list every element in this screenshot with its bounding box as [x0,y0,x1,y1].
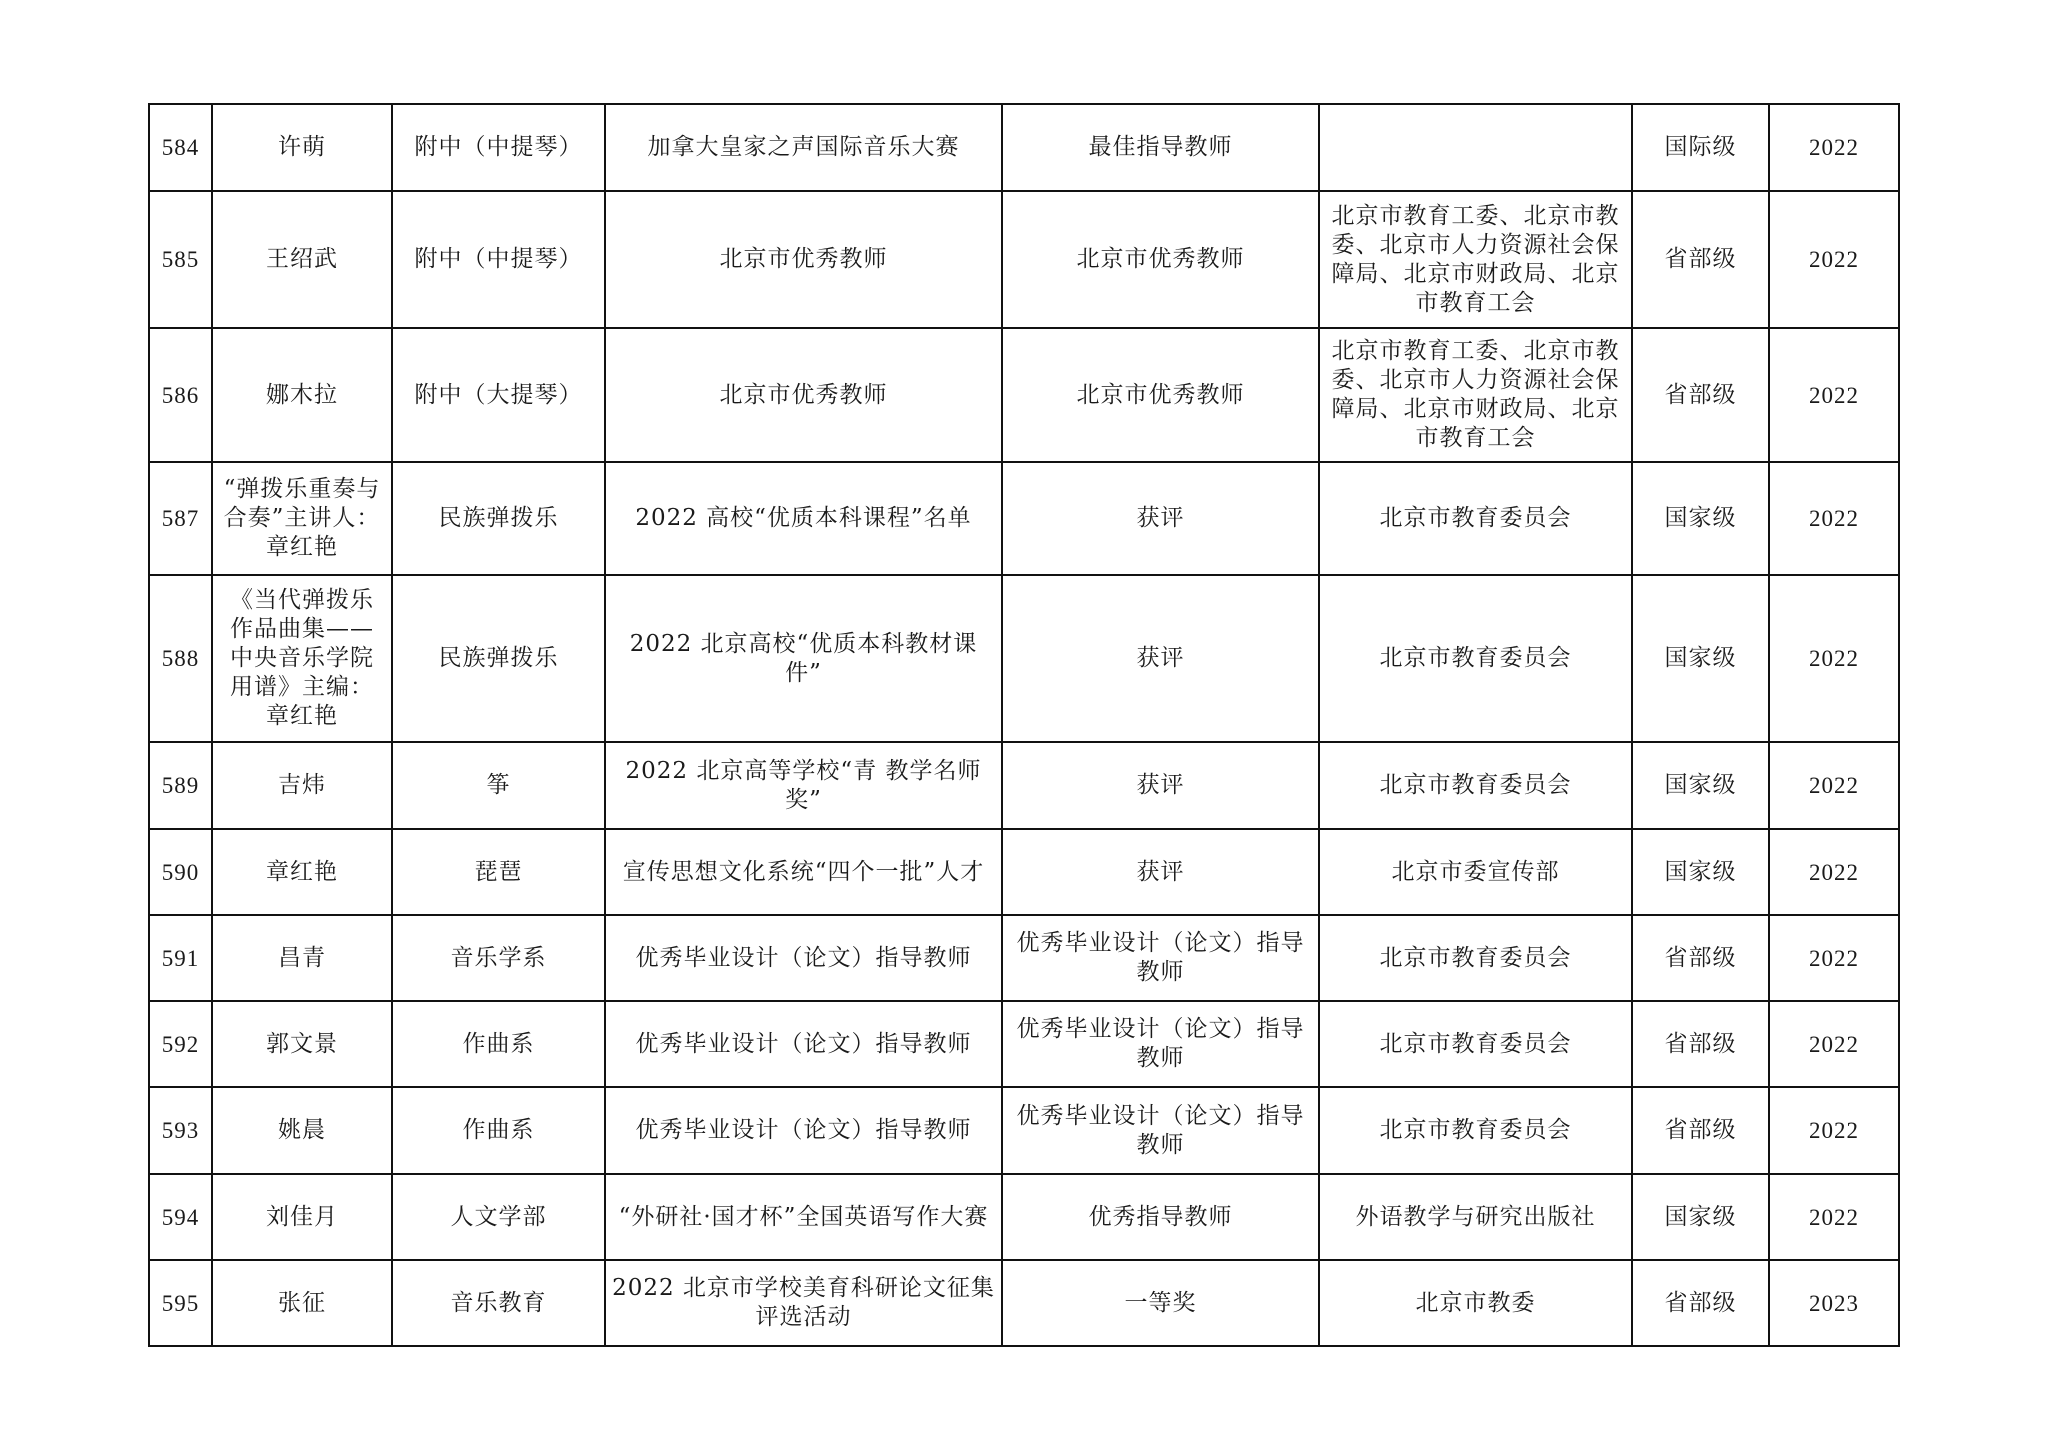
award-result: 获评 [1002,829,1319,915]
department: 音乐教育 [392,1260,605,1346]
award-level: 国际级 [1632,104,1769,191]
award-level: 省部级 [1632,1087,1769,1174]
award-year: 2023 [1769,1260,1899,1346]
award-result: 优秀指导教师 [1002,1174,1319,1260]
issuing-body: 北京市教育委员会 [1319,915,1632,1001]
table-row: 594 刘佳月 人文学部 “外研社·国才杯”全国英语写作大赛 优秀指导教师 外语… [149,1174,1899,1260]
issuing-body: 北京市教育委员会 [1319,462,1632,575]
award-year: 2022 [1769,575,1899,742]
awardee-name: 郭文景 [212,1001,392,1087]
department: 琵琶 [392,829,605,915]
row-number: 594 [149,1174,212,1260]
table-row: 584 许萌 附中（中提琴） 加拿大皇家之声国际音乐大赛 最佳指导教师 国际级 … [149,104,1899,191]
table-row: 585 王绍武 附中（中提琴） 北京市优秀教师 北京市优秀教师 北京市教育工委、… [149,191,1899,328]
department: 作曲系 [392,1087,605,1174]
award-title: 2022 北京高等学校“青 教学名师奖” [605,742,1002,829]
awards-table: 584 许萌 附中（中提琴） 加拿大皇家之声国际音乐大赛 最佳指导教师 国际级 … [148,103,1900,1347]
award-result: 获评 [1002,462,1319,575]
document-page: 584 许萌 附中（中提琴） 加拿大皇家之声国际音乐大赛 最佳指导教师 国际级 … [0,0,2048,1449]
award-title: 加拿大皇家之声国际音乐大赛 [605,104,1002,191]
award-year: 2022 [1769,829,1899,915]
awardee-name: 娜木拉 [212,328,392,462]
row-number: 585 [149,191,212,328]
issuing-body: 北京市教育工委、北京市教委、北京市人力资源社会保障局、北京市财政局、北京市教育工… [1319,328,1632,462]
award-level: 国家级 [1632,742,1769,829]
award-level: 国家级 [1632,829,1769,915]
table-row: 592 郭文景 作曲系 优秀毕业设计（论文）指导教师 优秀毕业设计（论文）指导教… [149,1001,1899,1087]
table-row: 591 昌青 音乐学系 优秀毕业设计（论文）指导教师 优秀毕业设计（论文）指导教… [149,915,1899,1001]
table-row: 590 章红艳 琵琶 宣传思想文化系统“四个一批”人才 获评 北京市委宣传部 国… [149,829,1899,915]
row-number: 586 [149,328,212,462]
award-title: 北京市优秀教师 [605,328,1002,462]
department: 民族弹拨乐 [392,575,605,742]
row-number: 595 [149,1260,212,1346]
awardee-name: 昌青 [212,915,392,1001]
award-year: 2022 [1769,1174,1899,1260]
awardee-name: 刘佳月 [212,1174,392,1260]
table-row: 587 “弹拨乐重奏与合奏”主讲人：章红艳 民族弹拨乐 2022 高校“优质本科… [149,462,1899,575]
award-result: 北京市优秀教师 [1002,328,1319,462]
row-number: 591 [149,915,212,1001]
department: 筝 [392,742,605,829]
award-result: 优秀毕业设计（论文）指导教师 [1002,1087,1319,1174]
award-year: 2022 [1769,191,1899,328]
award-level: 省部级 [1632,1001,1769,1087]
row-number: 592 [149,1001,212,1087]
row-number: 588 [149,575,212,742]
award-result: 北京市优秀教师 [1002,191,1319,328]
award-level: 省部级 [1632,191,1769,328]
row-number: 590 [149,829,212,915]
issuing-body: 北京市委宣传部 [1319,829,1632,915]
award-title: 2022 高校“优质本科课程”名单 [605,462,1002,575]
awardee-name: 吉炜 [212,742,392,829]
department: 附中（中提琴） [392,191,605,328]
issuing-body: 北京市教育委员会 [1319,742,1632,829]
award-year: 2022 [1769,742,1899,829]
award-title: 2022 北京高校“优质本科教材课件” [605,575,1002,742]
award-result: 优秀毕业设计（论文）指导教师 [1002,1001,1319,1087]
table-row: 595 张征 音乐教育 2022 北京市学校美育科研论文征集评选活动 一等奖 北… [149,1260,1899,1346]
department: 附中（中提琴） [392,104,605,191]
award-year: 2022 [1769,104,1899,191]
awardee-name: 王绍武 [212,191,392,328]
award-level: 省部级 [1632,915,1769,1001]
department: 人文学部 [392,1174,605,1260]
issuing-body: 北京市教育委员会 [1319,1087,1632,1174]
award-level: 国家级 [1632,1174,1769,1260]
department: 作曲系 [392,1001,605,1087]
awardee-name: 《当代弹拨乐作品曲集——中央音乐学院用谱》主编：章红艳 [212,575,392,742]
awardee-name: 章红艳 [212,829,392,915]
award-year: 2022 [1769,1001,1899,1087]
awardee-name: 张征 [212,1260,392,1346]
department: 民族弹拨乐 [392,462,605,575]
award-level: 省部级 [1632,328,1769,462]
award-year: 2022 [1769,462,1899,575]
award-title: “外研社·国才杯”全国英语写作大赛 [605,1174,1002,1260]
issuing-body [1319,104,1632,191]
award-level: 国家级 [1632,575,1769,742]
award-title: 北京市优秀教师 [605,191,1002,328]
awardee-name: “弹拨乐重奏与合奏”主讲人：章红艳 [212,462,392,575]
table-row: 589 吉炜 筝 2022 北京高等学校“青 教学名师奖” 获评 北京市教育委员… [149,742,1899,829]
award-level: 国家级 [1632,462,1769,575]
award-title: 宣传思想文化系统“四个一批”人才 [605,829,1002,915]
row-number: 593 [149,1087,212,1174]
award-result: 一等奖 [1002,1260,1319,1346]
award-result: 获评 [1002,742,1319,829]
award-result: 最佳指导教师 [1002,104,1319,191]
department: 附中（大提琴） [392,328,605,462]
row-number: 589 [149,742,212,829]
row-number: 584 [149,104,212,191]
issuing-body: 北京市教育委员会 [1319,1001,1632,1087]
awardee-name: 姚晨 [212,1087,392,1174]
award-year: 2022 [1769,328,1899,462]
award-year: 2022 [1769,915,1899,1001]
department: 音乐学系 [392,915,605,1001]
issuing-body: 北京市教委 [1319,1260,1632,1346]
award-result: 获评 [1002,575,1319,742]
issuing-body: 外语教学与研究出版社 [1319,1174,1632,1260]
table-row: 588 《当代弹拨乐作品曲集——中央音乐学院用谱》主编：章红艳 民族弹拨乐 20… [149,575,1899,742]
award-title: 2022 北京市学校美育科研论文征集评选活动 [605,1260,1002,1346]
issuing-body: 北京市教育委员会 [1319,575,1632,742]
row-number: 587 [149,462,212,575]
award-title: 优秀毕业设计（论文）指导教师 [605,915,1002,1001]
award-title: 优秀毕业设计（论文）指导教师 [605,1087,1002,1174]
award-title: 优秀毕业设计（论文）指导教师 [605,1001,1002,1087]
award-result: 优秀毕业设计（论文）指导教师 [1002,915,1319,1001]
issuing-body: 北京市教育工委、北京市教委、北京市人力资源社会保障局、北京市财政局、北京市教育工… [1319,191,1632,328]
table-row: 586 娜木拉 附中（大提琴） 北京市优秀教师 北京市优秀教师 北京市教育工委、… [149,328,1899,462]
table-row: 593 姚晨 作曲系 优秀毕业设计（论文）指导教师 优秀毕业设计（论文）指导教师… [149,1087,1899,1174]
award-level: 省部级 [1632,1260,1769,1346]
awardee-name: 许萌 [212,104,392,191]
award-year: 2022 [1769,1087,1899,1174]
